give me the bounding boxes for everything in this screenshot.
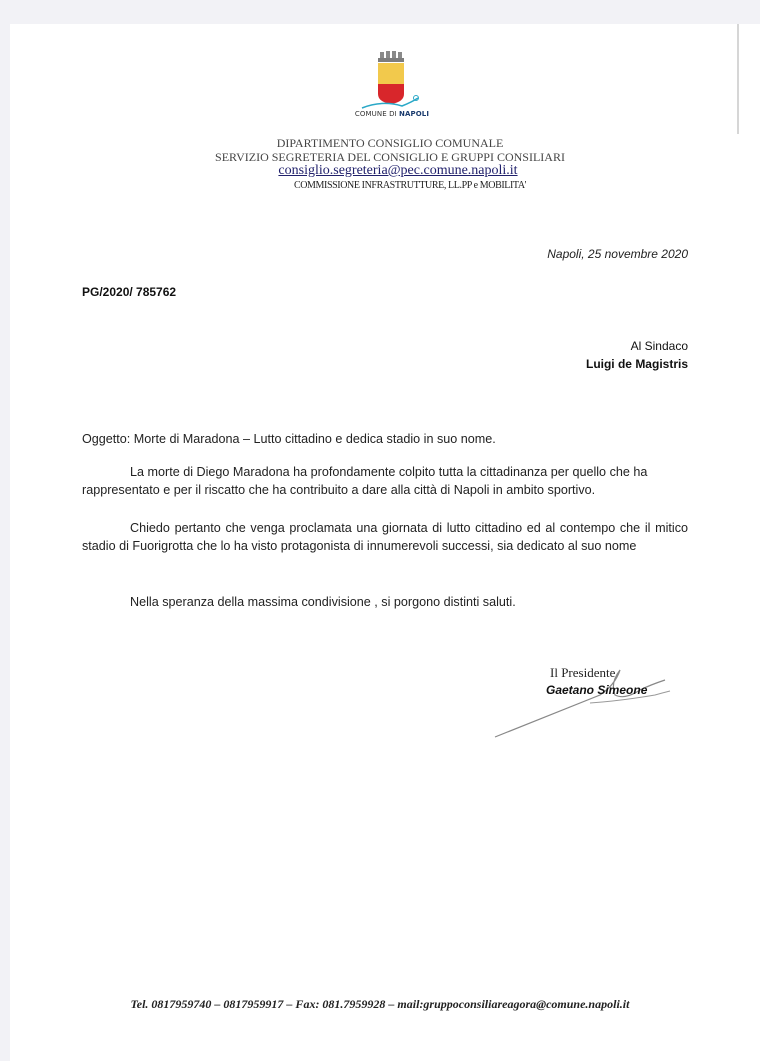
closing-paragraph: Nella speranza della massima condivision… <box>130 593 736 611</box>
protocol-number: PG/2020/ 785762 <box>82 285 176 299</box>
logo-text-bold: NAPOLI <box>399 110 429 118</box>
letter-date: Napoli, 25 novembre 2020 <box>547 247 688 261</box>
recipient-block: Al Sindaco Luigi de Magistris <box>586 337 688 373</box>
header-commission: COMMISSIONE INFRASTRUTTURE, LL.PP e MOBI… <box>30 180 760 191</box>
naples-coat-of-arms-icon <box>352 50 432 110</box>
page-edge-line <box>737 24 739 134</box>
header-department: DIPARTIMENTO CONSIGLIO COMUNALE <box>10 136 760 151</box>
comune-di-napoli-logo: COMUNE DI NAPOLI <box>352 50 432 130</box>
signature-name: Gaetano Simeone <box>546 683 647 697</box>
letter-subject: Oggetto: Morte di Maradona – Lutto citta… <box>82 430 688 448</box>
logo-text-regular: COMUNE DI <box>355 110 399 118</box>
header-email: consiglio.segreteria@pec.comune.napoli.i… <box>18 163 760 179</box>
body-paragraph: La morte di Diego Maradona ha profondame… <box>82 463 688 499</box>
recipient-name: Luigi de Magistris <box>586 355 688 373</box>
body-paragraph: Chiedo pertanto che venga proclamata una… <box>82 519 688 555</box>
recipient-title: Al Sindaco <box>586 337 688 355</box>
signature-title: Il Presidente <box>550 665 615 681</box>
header-email-link[interactable]: consiglio.segreteria@pec.comune.napoli.i… <box>278 163 517 178</box>
logo-text: COMUNE DI NAPOLI <box>352 110 432 118</box>
footer-contacts: Tel. 0817959740 – 0817959917 – Fax: 081.… <box>0 997 760 1012</box>
